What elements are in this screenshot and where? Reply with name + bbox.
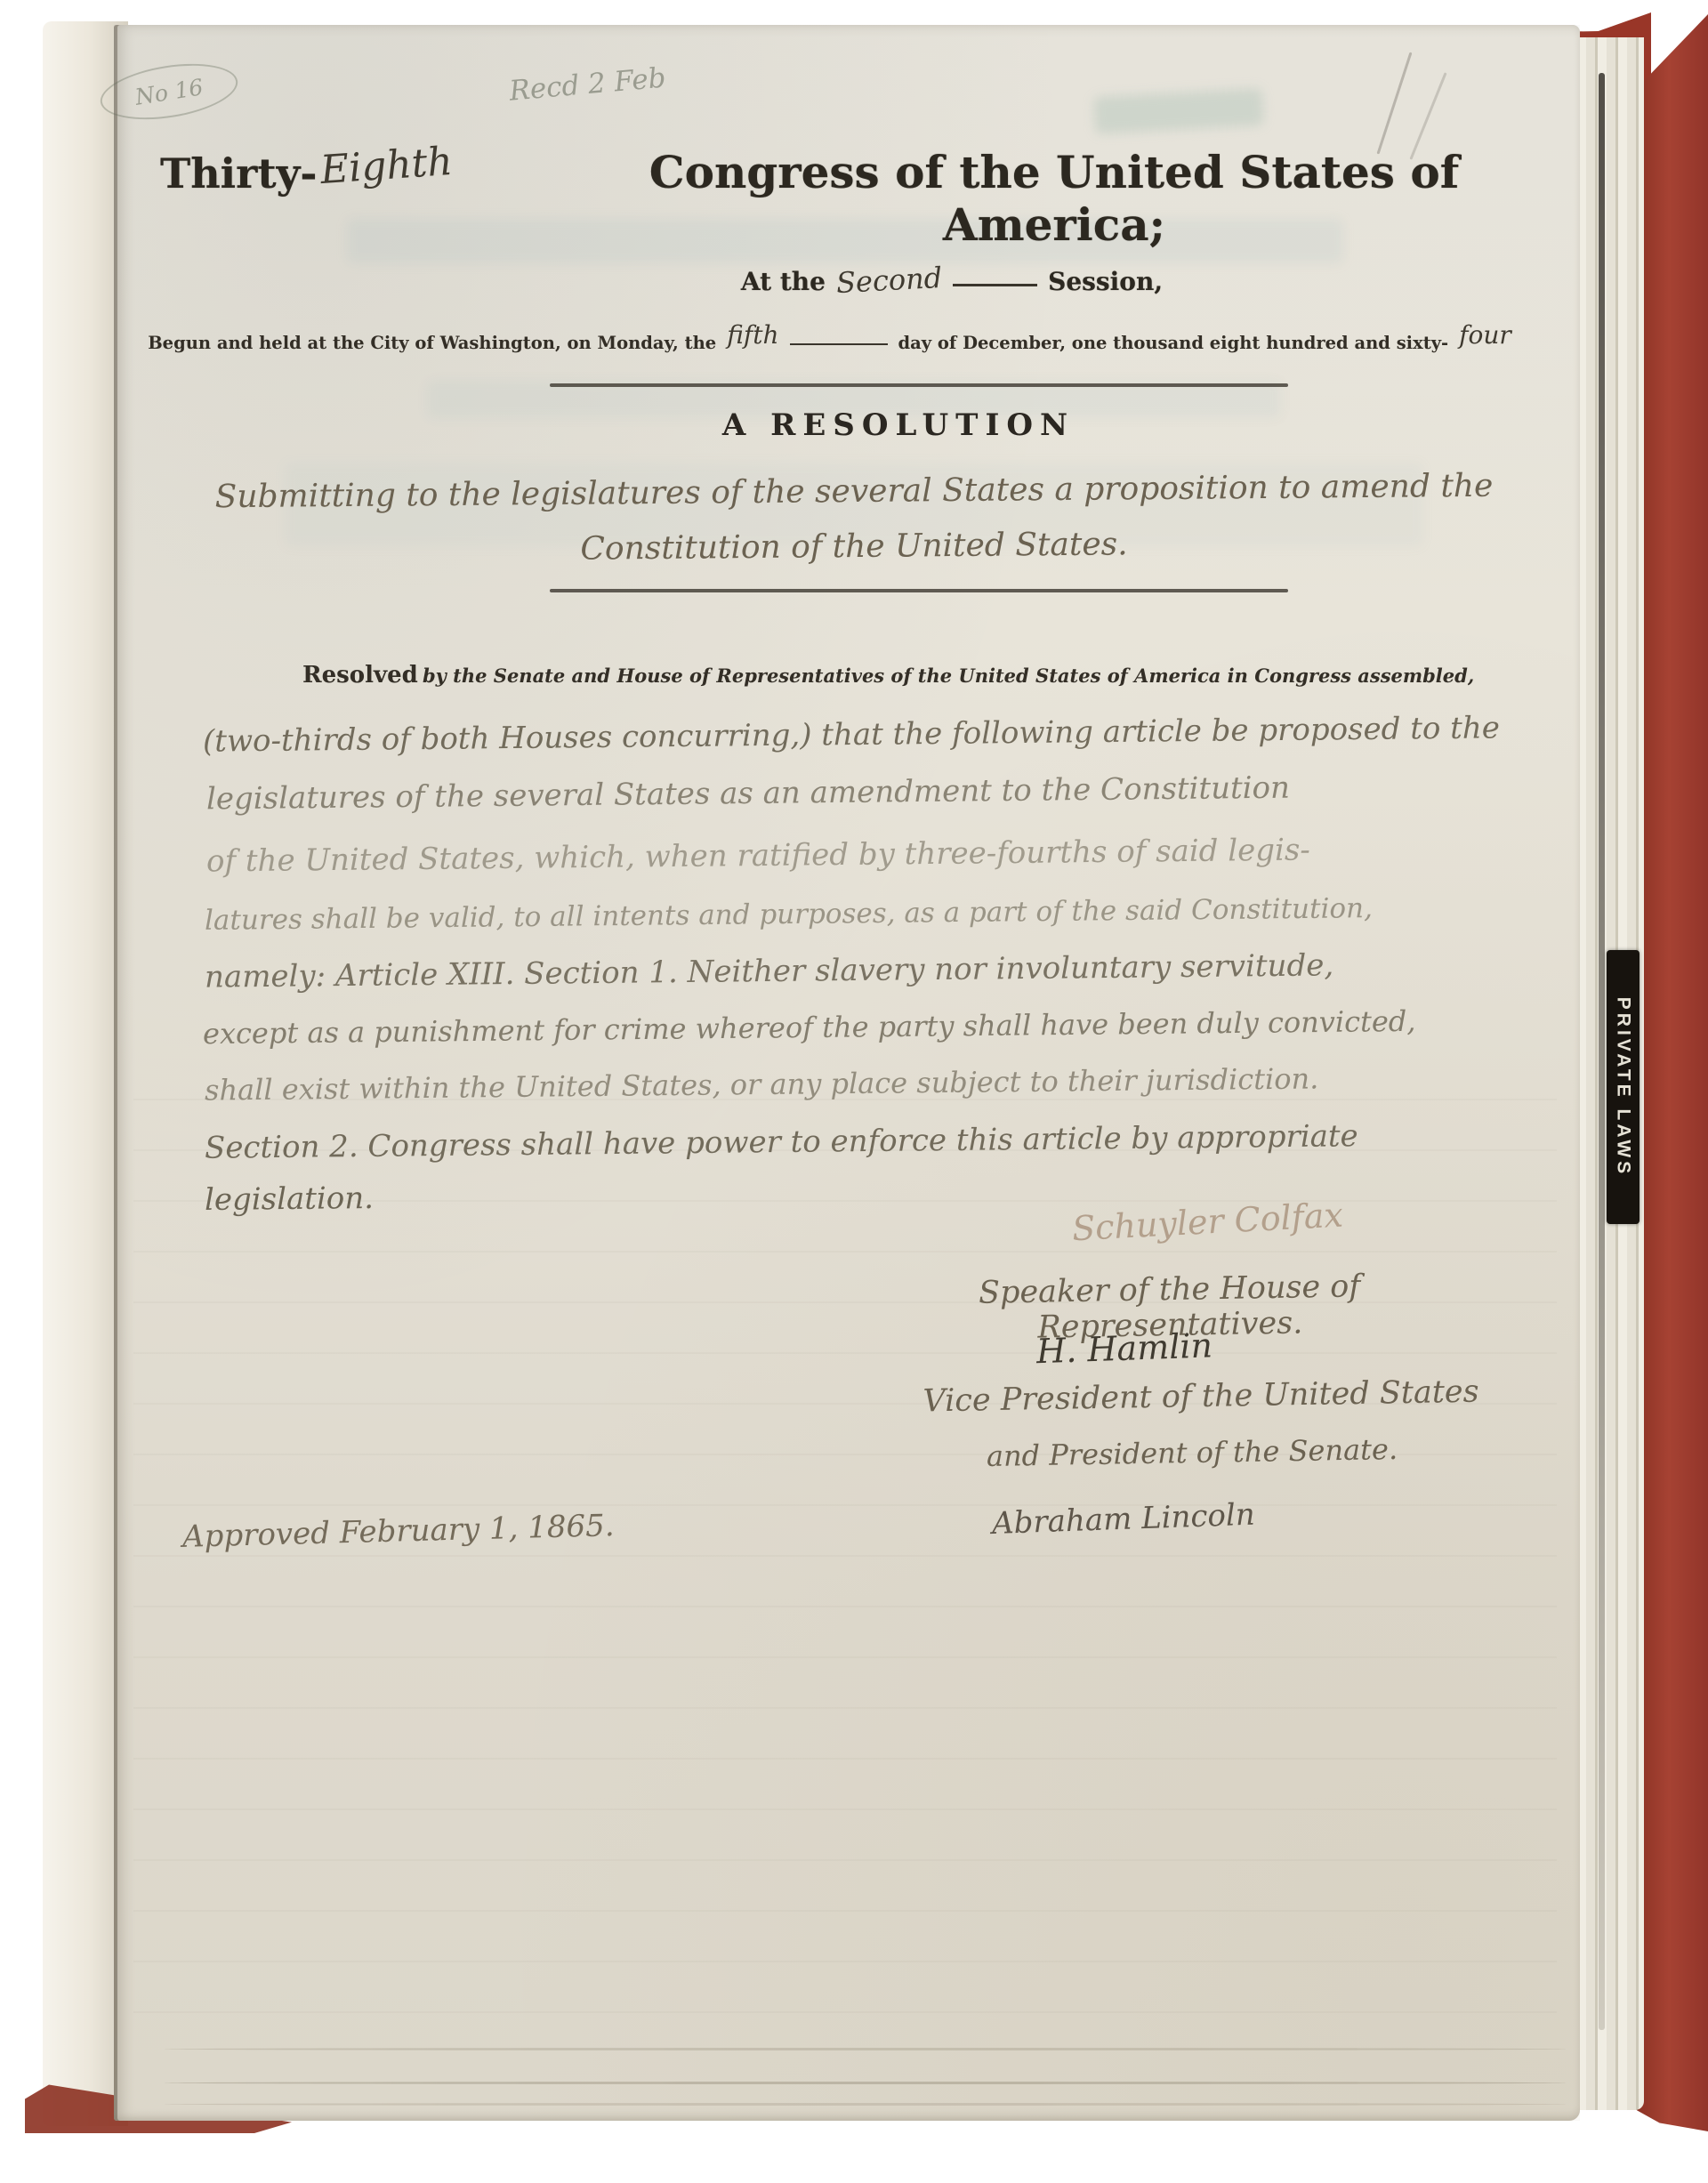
divider-rule <box>550 383 1288 387</box>
resolved-text: by the Senate and House of Representativ… <box>423 665 1474 687</box>
session-prefix: At the <box>741 267 826 296</box>
resolution-heading: A RESOLUTION <box>569 407 1228 443</box>
begun-printed-1: Begun and held at the City of Washington… <box>148 333 716 353</box>
book-cover-right-edge <box>1637 14 1708 2131</box>
resolved-word: Resolved <box>302 662 418 689</box>
begun-line: Begun and held at the City of Washington… <box>129 326 1530 355</box>
private-laws-tab-label: PRIVATE LAWS <box>1607 950 1640 1224</box>
divider-rule <box>550 589 1288 592</box>
blank-line <box>790 343 888 345</box>
amendment-body-line: legislation. <box>205 1180 374 1218</box>
session-line: At the Second Session, <box>658 263 1245 297</box>
corner-number-text: No 16 <box>133 74 205 110</box>
document-photo: No 16 Recd 2 Feb Thirty-Eighth Congress … <box>0 0 1708 2183</box>
page-curl-line <box>165 2103 1566 2106</box>
begun-day-handwritten: fifth <box>727 320 778 350</box>
private-laws-tab: PRIVATE LAWS <box>1607 950 1640 1224</box>
congress-ordinal-handwritten: Eighth <box>319 139 455 193</box>
congress-ordinal-printed: Thirty- <box>160 149 317 197</box>
page-curl-line <box>165 2082 1566 2084</box>
session-handwritten: Second <box>835 261 943 300</box>
congress-ordinal: Thirty-Eighth <box>160 149 449 197</box>
blank-line <box>953 284 1037 286</box>
begun-printed-2: day of December, one thousand eight hund… <box>898 333 1449 353</box>
page-title: Congress of the United States of America… <box>569 146 1539 251</box>
session-suffix: Session, <box>1048 267 1163 296</box>
begun-year-handwritten: four <box>1459 320 1511 350</box>
resolved-clause: Resolved by the Senate and House of Repr… <box>302 662 1521 689</box>
page-curl-line <box>165 2048 1566 2050</box>
page-stack-gap-line <box>1599 73 1605 2030</box>
